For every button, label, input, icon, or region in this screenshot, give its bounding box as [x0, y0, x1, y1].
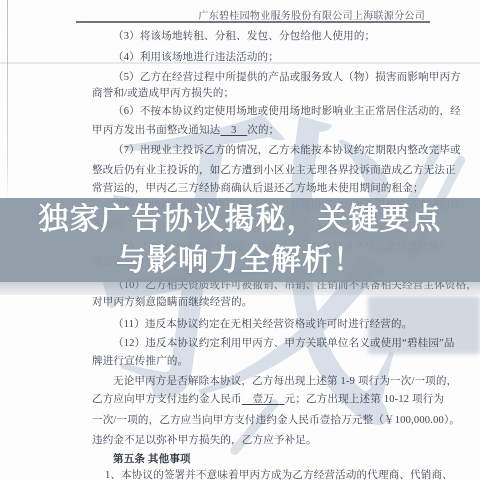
document-line: 甲丙方发出书面整改通知达 3 次的；	[92, 124, 279, 137]
document-line: 常营运的，甲丙乙三方经协商确认后退还乙方场地未使用期间的租金；	[92, 182, 424, 195]
document-line: 第五条 其他事项	[113, 453, 191, 466]
watermark-stroke	[229, 397, 281, 456]
banner-bottom-fade	[0, 282, 480, 295]
scanned-document-page: 广东碧桂园物业服务股份有限公司上海联源分公司 我 （3）将该场地转租、分租、发包…	[0, 0, 480, 480]
document-header-company: 广东碧桂园物业服务股份有限公司上海联源分公司	[198, 7, 425, 22]
document-line: 无论甲丙方是否解除本协议，乙方每出现上述第 1-9 项行为一次/一项的，	[113, 375, 457, 388]
document-line: （4）利用该场地进行违法活动的；	[113, 51, 279, 64]
scan-left-edge-line	[7, 0, 8, 200]
header-underline	[76, 21, 430, 23]
document-line: 整改后仍有业主投诉的，如乙方遭到小区业主无理各界投诉而造成乙方无法正	[92, 164, 456, 177]
document-line: 一次/一项的，乙方应当向甲方支付违约金人民币壹拾万元整（￥100,000.00）…	[92, 414, 460, 427]
document-line: 乙方应向甲方支付违约金人民币 壹万 元；乙方出现上述第 10-12 项行为	[92, 393, 444, 406]
document-line: 牌进行宣传推广的。	[92, 355, 188, 368]
document-line: 对甲丙方刻意隐瞒而继续经营的。	[92, 296, 253, 309]
headline-banner: 独家广告协议揭秘，关键要点 与影响力全解析！	[0, 198, 480, 282]
headline-line-1: 独家广告协议揭秘，关键要点	[39, 199, 442, 240]
document-line: （11）违反本协议约定在无相关经营资格或许可时进行经营的。	[113, 318, 412, 331]
document-line: （12）违反本协议约定利用甲丙方、甲方关联单位名义或使用“碧桂园”品	[113, 337, 455, 350]
document-line: （7）出现业主投诉乙方的情况，乙方未能按本协议约定期限内整改完毕或	[113, 144, 461, 157]
document-line: 违约金不足以弥补甲方损失的，乙方应予补足。	[92, 434, 317, 447]
document-line: （3）将该场地转租、分租、发包、分包给他人使用的；	[113, 30, 375, 43]
document-line: 1、本协议的签署并不意味着甲丙方成为乙方经营活动的代理商、代销商、	[105, 469, 453, 480]
headline-line-2: 与影响力全解析！	[116, 240, 364, 281]
document-line: （5）乙方在经营过程中所提供的产品或服务致人（物）损害而影响甲丙方	[113, 71, 461, 84]
document-line: （6）不按本协议约定使用场地或使用场地时影响业主正常居住活动的，经	[113, 105, 461, 118]
document-line: 商誉和/或造成甲丙方损失的；	[92, 87, 234, 100]
